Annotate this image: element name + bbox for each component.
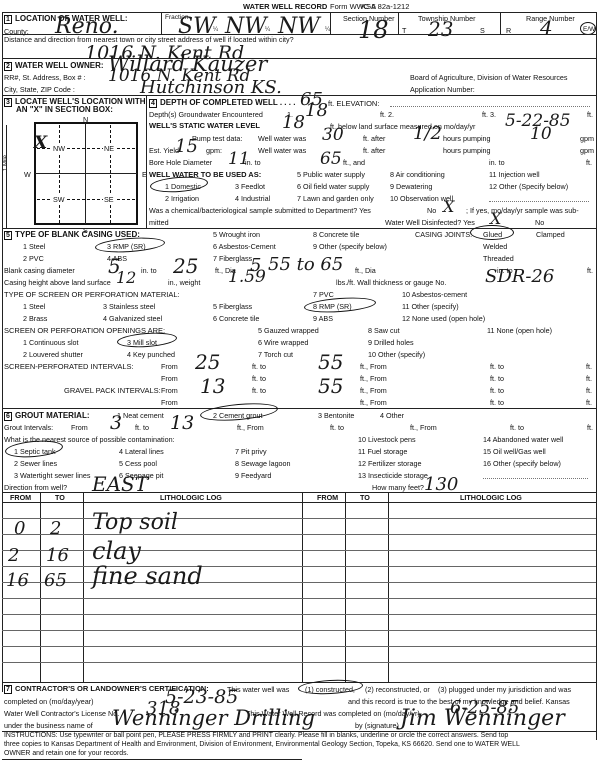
screen-type-12[interactable]: 12 None used (open hole) <box>402 314 485 323</box>
groundwater-1-value[interactable]: 18 <box>305 100 328 121</box>
depth-unit: ft. ELEVATION: <box>328 99 379 108</box>
screen-interval-2-ft-to: ft. to <box>252 374 266 383</box>
business-value[interactable]: Wenninger Drilling <box>112 706 315 730</box>
wall-label: lbs./ft. Wall thickness or gauge No. <box>336 278 446 287</box>
use-9[interactable]: 9 Dewatering <box>390 182 432 191</box>
pump-1-well-water: Well water was <box>258 134 306 143</box>
grout-type-1[interactable]: 1 Neat cement <box>117 411 164 420</box>
grout-from-2: ft., From <box>237 423 264 432</box>
log-row-3-from[interactable]: 16 <box>6 570 29 591</box>
log-row-1-lithology[interactable]: Top soil <box>92 510 178 535</box>
log-header-lithologic-2: LITHOLOGIC LOG <box>460 493 522 502</box>
groundwater-end: ft. <box>587 110 593 119</box>
signature-value[interactable]: Jim Wenninger <box>400 706 565 731</box>
grout-from-3: ft., From <box>410 423 437 432</box>
range-value[interactable]: 4 <box>540 16 553 40</box>
static-label: WELL'S STATIC WATER LEVEL <box>149 121 260 130</box>
casing-type-9[interactable]: 9 Other (specify below) <box>313 242 387 251</box>
contamination-4[interactable]: 4 Lateral lines <box>119 447 164 456</box>
how-many-feet-label: How many feet? <box>372 483 424 492</box>
grout-ft-to-2: ft. to <box>330 423 344 432</box>
joints-label: CASING JOINTS: <box>415 230 472 239</box>
township-value[interactable]: 23 <box>428 17 453 41</box>
opening-7[interactable]: 7 Torch cut <box>258 350 293 359</box>
contamination-8[interactable]: 8 Sewage lagoon <box>235 459 291 468</box>
grout-intervals-label: Grout Intervals: <box>4 423 53 432</box>
gravel-interval-1-ft-to: ft. to <box>252 386 266 395</box>
screen-interval-1-ft-to: ft. to <box>252 362 266 371</box>
log-header-lithologic-1: LITHOLOGIC LOG <box>160 493 222 502</box>
depth-label: 4DEPTH OF COMPLETED WELL . . . . <box>149 98 295 108</box>
pump-1-hours[interactable]: 1/2 <box>413 123 442 144</box>
pump-2-well-water: Well water was <box>258 146 306 155</box>
screen-type-5[interactable]: 5 Fiberglass <box>213 302 252 311</box>
wall-value[interactable]: SDR-26 <box>485 266 554 287</box>
screen-interval-1-ft-to-2: ft. to <box>490 362 504 371</box>
compass-west: W <box>24 170 31 179</box>
pump-2-hours-label: hours pumping <box>443 146 491 155</box>
pump-label: Pump test data: <box>192 134 242 143</box>
cert-opt-plugged[interactable]: (3) plugged under my jurisdiction and wa… <box>438 685 571 694</box>
groundwater-2-label: ft. 2. <box>380 110 394 119</box>
casing-type-2[interactable]: 2 PVC <box>23 254 44 263</box>
quadrant-ne: NE <box>103 144 115 153</box>
use-11[interactable]: 11 Injection well <box>489 170 540 179</box>
quadrant-sw: SW <box>52 195 66 204</box>
grout-type-2-selected-circle <box>199 401 278 424</box>
bore-end: ft. <box>586 158 592 167</box>
pump-2-ft-after: ft. after <box>363 146 385 155</box>
static-suffix: ft. below land surface measured on mo/da… <box>330 122 475 131</box>
contamination-15[interactable]: 15 Oil well/Gas well <box>483 447 546 456</box>
joint-welded[interactable]: Welded <box>483 242 507 251</box>
use-12[interactable]: 12 Other (Specify below) <box>489 182 568 191</box>
contamination-10[interactable]: 10 Livestock pens <box>358 435 416 444</box>
screen-interval-1-to[interactable]: 55 <box>318 350 343 374</box>
weight-value[interactable]: 1.59 <box>228 267 266 287</box>
screen-type-10[interactable]: 10 Asbestos-cement <box>402 290 467 299</box>
blank-diameter-label: Blank casing diameter <box>4 266 75 275</box>
contamination-7[interactable]: 7 Pit privy <box>235 447 267 456</box>
log-header-from-2: FROM <box>317 493 338 502</box>
dia-2-range[interactable]: 55 to 65 <box>268 254 343 275</box>
screen-intervals-label: SCREEN-PERFORATED INTERVALS: <box>4 362 134 371</box>
screen-interval-1-from-2: ft., From <box>360 362 387 371</box>
gravel-interval-1-ft-to-2: ft. to <box>490 386 504 395</box>
static-value[interactable]: 18 <box>282 112 305 133</box>
log-row-2-lithology[interactable]: clay <box>92 537 141 565</box>
use-8[interactable]: 8 Air conditioning <box>390 170 445 179</box>
direction-label: Direction from well? <box>4 483 67 492</box>
bore-to: in. to <box>245 158 261 167</box>
casing-type-5[interactable]: 5 Wrought iron <box>213 230 260 239</box>
quadrant-se: SE <box>103 195 115 204</box>
gravel-interval-2-ft: ft. <box>586 398 592 407</box>
screen-type-3[interactable]: 3 Stainless steel <box>103 302 155 311</box>
grout-ft-end: ft. <box>587 423 593 432</box>
use-7[interactable]: 7 Lawn and garden only <box>297 194 374 203</box>
board-label: Board of Agriculture, Division of Water … <box>410 73 568 82</box>
sample-followup: ; If yes, mo/day/yr sample was sub- <box>466 206 579 215</box>
contamination-11[interactable]: 11 Fuel storage <box>358 447 407 456</box>
screen-interval-2-ft-to-2: ft. to <box>490 374 504 383</box>
screen-type-7[interactable]: 7 PVC <box>313 290 334 299</box>
groundwater-label: Depth(s) Groundwater Encountered <box>149 110 263 119</box>
blank-in-to: in. to <box>141 266 157 275</box>
contamination-16[interactable]: 16 Other (specify below) <box>483 459 561 468</box>
pump-2-gpm-label: gpm <box>580 146 594 155</box>
section3-heading-2: AN "X" IN SECTION BOX: <box>16 105 113 114</box>
log-header-to-1: TO <box>55 493 65 502</box>
contamination-13[interactable]: 13 Insecticide storage <box>358 471 428 480</box>
form-title: WATER WELL RECORD <box>243 2 327 11</box>
log-row-2-to[interactable]: 16 <box>46 545 69 566</box>
screen-interval-1-from-label: From <box>161 362 178 371</box>
grout-ft-to: ft. to <box>135 423 149 432</box>
gravel-interval-1-to[interactable]: 55 <box>318 374 343 398</box>
pump-1-gpm[interactable]: 10 <box>530 124 552 144</box>
opening-4[interactable]: 4 Key punched <box>127 350 175 359</box>
log-row-3-to[interactable]: 65 <box>44 570 67 591</box>
sample-no-mark: X <box>443 197 454 216</box>
use-5[interactable]: 5 Public water supply <box>297 170 365 179</box>
quarter-mark-2: ¼ <box>265 27 270 33</box>
yield-value[interactable]: 15 <box>175 136 198 157</box>
gravel-interval-1-from-2: ft., From <box>360 386 387 395</box>
screen-type-11[interactable]: 11 Other (specify) <box>402 302 459 311</box>
screen-heading: TYPE OF SCREEN OR PERFORATION MATERIAL: <box>4 290 180 299</box>
gravel-intervals-label: GRAVEL PACK INTERVALS: <box>64 386 161 395</box>
log-header-from-1: FROM <box>10 493 31 502</box>
opening-11[interactable]: 11 None (open hole) <box>487 326 552 335</box>
height-value[interactable]: 12 <box>116 268 136 287</box>
opening-9[interactable]: 9 Drilled holes <box>368 338 414 347</box>
bore-in-to: in. to <box>489 158 505 167</box>
opening-5[interactable]: 5 Gauzed wrapped <box>258 326 319 335</box>
application-label: Application Number: <box>410 85 475 94</box>
grout-type-4[interactable]: 4 Other <box>380 411 404 420</box>
pump-1-value[interactable]: 30 <box>322 125 344 145</box>
gravel-interval-2-from-2: ft., From <box>360 398 387 407</box>
contamination-14[interactable]: 14 Abandoned water well <box>483 435 563 444</box>
bore-and: ft., and <box>343 158 365 167</box>
form-statute: KSA 82a-1212 <box>361 2 409 11</box>
screen-interval-2-from-2: ft., From <box>360 374 387 383</box>
address-label: RR#, St. Address, Box # : <box>4 73 86 82</box>
location-x-mark: X <box>34 133 47 153</box>
opening-10[interactable]: 10 Other (specify) <box>368 350 425 359</box>
casing-type-8[interactable]: 8 Concrete tile <box>313 230 359 239</box>
opening-8[interactable]: 8 Saw cut <box>368 326 400 335</box>
height-label: Casing height above land surface <box>4 278 111 287</box>
use-2[interactable]: 2 Irrigation <box>165 194 199 203</box>
opening-6[interactable]: 6 Wire wrapped <box>258 338 308 347</box>
screen-interval-1-from[interactable]: 25 <box>195 350 220 374</box>
screen-type-4[interactable]: 4 Galvanized steel <box>103 314 162 323</box>
log-header-to-2: TO <box>360 493 370 502</box>
disinfected-label: Water Well Disinfected? Yes <box>385 218 475 227</box>
use-6[interactable]: 6 Oil field water supply <box>297 182 369 191</box>
joint-clamped[interactable]: Clamped <box>536 230 565 239</box>
instructions-line3: OWNER and retain one for your records. <box>4 750 128 757</box>
quadrant-nw: NW <box>52 144 66 153</box>
gravel-interval-2-ft-to-2: ft. to <box>490 398 504 407</box>
screen-interval-1-ft: ft. <box>586 362 592 371</box>
gravel-interval-2-from-label: From <box>161 398 178 407</box>
yield-unit: gpm: <box>206 146 222 155</box>
instructions-line2: three copies to Kansas Department of Hea… <box>4 741 520 748</box>
opening-1[interactable]: 1 Continuous slot <box>23 338 79 347</box>
gravel-interval-1-ft: ft. <box>586 386 592 395</box>
sample-question: Was a chemical/bacteriological sample su… <box>149 206 371 215</box>
grout-heading: 6GROUT MATERIAL: <box>4 411 90 421</box>
casing-type-1[interactable]: 1 Steel <box>23 242 45 251</box>
quarter-mark-1: ¼ <box>213 27 218 33</box>
completed-label: completed on (mo/day/year) <box>4 697 94 706</box>
sample-followup-2: mitted <box>149 218 169 227</box>
grout-from-value[interactable]: 3 <box>110 412 122 434</box>
casing-type-6[interactable]: 6 Asbestos-Cement <box>213 242 276 251</box>
blank-ft: ft. <box>587 266 593 275</box>
contamination-5[interactable]: 5 Cess pool <box>119 459 157 468</box>
gravel-interval-1-from[interactable]: 13 <box>200 374 225 398</box>
opening-2[interactable]: 2 Louvered shutter <box>23 350 83 359</box>
bore-label: Bore Hole Diameter <box>149 158 212 167</box>
log-row-2-from[interactable]: 2 <box>8 545 19 566</box>
use-3[interactable]: 3 Feedlot <box>235 182 265 191</box>
weight-label: in., weight <box>168 278 200 287</box>
contamination-2[interactable]: 2 Sewer lines <box>14 459 57 468</box>
use-4[interactable]: 4 Industrial <box>235 194 270 203</box>
cert-opt-reconstructed[interactable]: (2) reconstructed, or <box>365 685 430 694</box>
grout-type-3[interactable]: 3 Bentonite <box>318 411 354 420</box>
screen-type-1[interactable]: 1 Steel <box>23 302 45 311</box>
log-row-1-from[interactable]: 0 <box>14 518 25 539</box>
pump-1-hours-label: hours pumping <box>443 134 491 143</box>
groundwater-3-label: ft. 3. <box>482 110 496 119</box>
grout-ft-to-3: ft. to <box>510 423 524 432</box>
city-label: City, State, ZIP Code : <box>4 85 75 94</box>
grout-from-label: From <box>71 423 88 432</box>
pump-1-gpm-label: gpm <box>580 134 594 143</box>
section2-heading: 2WATER WELL OWNER: <box>4 61 104 71</box>
sample-no[interactable]: No <box>427 206 436 215</box>
grout-to-value[interactable]: 13 <box>170 412 194 434</box>
section-number-value[interactable]: 18 <box>358 16 389 44</box>
license-label: Water Well Contractor's License No. <box>4 709 119 718</box>
disinfected-no[interactable]: No <box>535 218 544 227</box>
screen-interval-2-ft: ft. <box>586 374 592 383</box>
blank-ft-dia-2: ft., Dia <box>355 266 376 275</box>
joint-glued-selected-circle <box>470 225 514 240</box>
gravel-interval-1-from-label: From <box>161 386 178 395</box>
instructions-line1: INSTRUCTIONS: Use typewriter or ball poi… <box>4 732 508 739</box>
signature-label: by (signature) <box>355 721 399 730</box>
screen-interval-2-from-label: From <box>161 374 178 383</box>
blank-to-value[interactable]: 25 <box>173 254 198 278</box>
contamination-3[interactable]: 3 Watertight sewer lines <box>14 471 90 480</box>
screen-type-6[interactable]: 6 Concrete tile <box>213 314 259 323</box>
joint-threaded[interactable]: Threaded <box>483 254 514 263</box>
log-row-3-lithology[interactable]: fine sand <box>92 562 203 590</box>
screen-type-2[interactable]: 2 Brass <box>23 314 47 323</box>
bore-depth[interactable]: 65 <box>320 149 342 169</box>
contamination-9[interactable]: 9 Feedyard <box>235 471 271 480</box>
log-row-1-to[interactable]: 2 <box>50 518 61 539</box>
business-label: under the business name of <box>4 721 93 730</box>
pump-1-ft-after: ft. after <box>363 134 385 143</box>
contamination-12[interactable]: 12 Fertilizer storage <box>358 459 422 468</box>
screen-type-9[interactable]: 9 ABS <box>313 314 333 323</box>
casing-type-7[interactable]: 7 Fiberglass <box>213 254 252 263</box>
